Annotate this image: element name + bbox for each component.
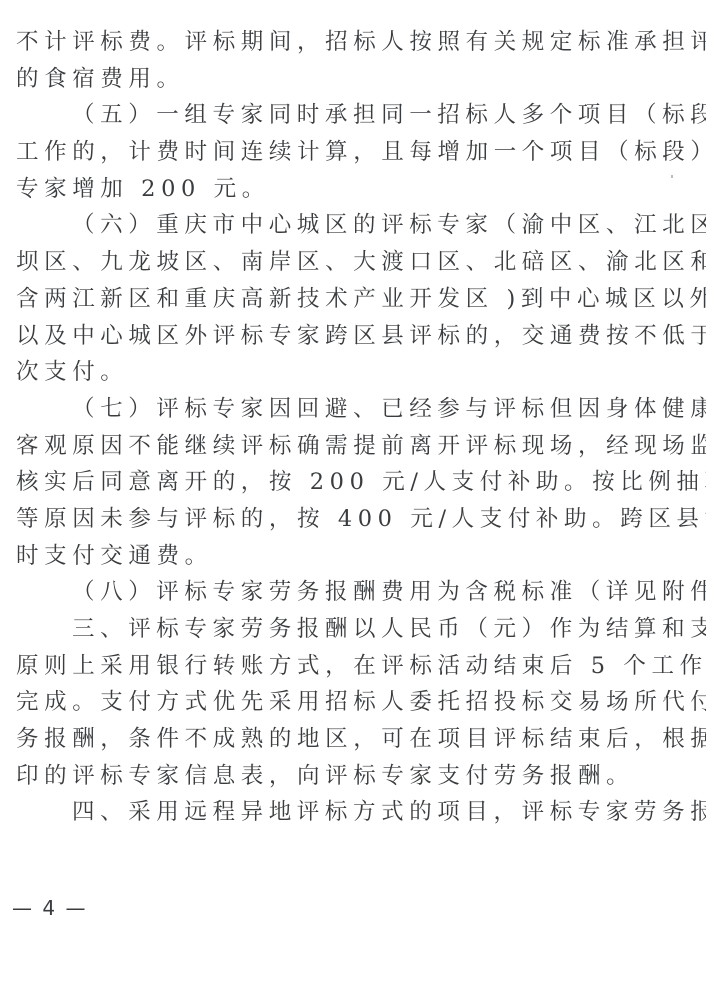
text-line-21: 印的评标专家信息表，向评标专家支付劳务报酬。 xyxy=(16,758,612,795)
text-line-18: 原则上采用银行转账方式，在评标活动结束后 5 个工作日内支付 xyxy=(16,648,612,685)
page-number: — 4 — xyxy=(12,893,87,923)
text-line-2: 的食宿费用。 xyxy=(16,61,612,98)
text-line-4: 工作的，计费时间连续计算，且每增加一个项目（标段），每个 xyxy=(16,134,612,171)
text-line-20: 务报酬，条件不成熟的地区，可在项目评标结束后，根据系统打 xyxy=(16,721,612,758)
text-line-17: 三、评标专家劳务报酬以人民币（元）作为结算和支付单位， xyxy=(16,611,612,648)
text-line-1: 不计评标费。评标期间，招标人按照有关规定标准承担评标专家 xyxy=(16,24,612,61)
text-line-14: 等原因未参与评标的，按 400 元/人支付补助。跨区县评标的，同 xyxy=(16,501,612,538)
text-line-8: 含两江新区和重庆高新技术产业开发区 )到中心城区以外评标的， xyxy=(16,281,612,318)
text-line-22: 四、采用远程异地评标方式的项目，评标专家劳务报酬按专 xyxy=(16,794,612,831)
document-page: 不计评标费。评标期间，招标人按照有关规定标准承担评标专家 的食宿费用。 （五）一… xyxy=(0,0,706,1000)
text-line-11: （七）评标专家因回避、已经参与评标但因身体健康或其他 xyxy=(16,391,612,428)
scan-speck xyxy=(664,697,666,700)
scan-speck xyxy=(671,175,673,178)
text-line-16: （八）评标专家劳务报酬费用为含税标准（详见附件）。 xyxy=(16,574,612,611)
body-text: 不计评标费。评标期间，招标人按照有关规定标准承担评标专家 的食宿费用。 （五）一… xyxy=(16,24,612,831)
text-line-5: 专家增加 200 元。 xyxy=(16,171,612,208)
scan-speck xyxy=(664,655,666,658)
text-line-9: 以及中心城区外评标专家跨区县评标的，交通费按不低于 150 元/ xyxy=(16,318,612,355)
scan-speck xyxy=(671,218,673,221)
text-line-10: 次支付。 xyxy=(16,354,612,391)
text-line-15: 时支付交通费。 xyxy=(16,538,612,575)
text-line-3: （五）一组专家同时承担同一招标人多个项目（标段）评标 xyxy=(16,97,612,134)
text-line-13: 核实后同意离开的，按 200 元/人支付补助。按比例抽取备选专家 xyxy=(16,464,612,501)
text-line-19: 完成。支付方式优先采用招标人委托招投标交易场所代付专家劳 xyxy=(16,684,612,721)
text-line-6: （六）重庆市中心城区的评标专家（渝中区、江北区、沙坪 xyxy=(16,207,612,244)
text-line-7: 坝区、九龙坡区、南岸区、大渡口区、北碚区、渝北区和巴南区， xyxy=(16,244,612,281)
text-line-12: 客观原因不能继续评标确需提前离开评标现场，经现场监督人员 xyxy=(16,428,612,465)
